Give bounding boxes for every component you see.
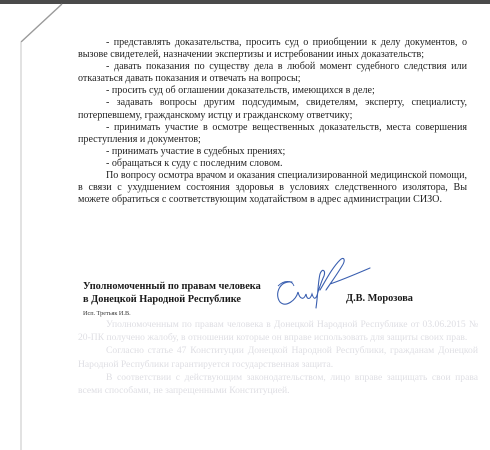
bleed-paragraph: В соответствии с действующим законодател…: [78, 371, 478, 397]
document-body: - представлять доказательства, просить с…: [78, 37, 467, 206]
bleed-paragraph: Уполномоченным по правам человека в Доне…: [78, 318, 478, 344]
executor-note: Исп. Третьяк И.В.: [83, 310, 131, 317]
scanned-document-page: Уполномоченным по правам человека в Доне…: [0, 0, 490, 450]
medical-paragraph: По вопросу осмотра врачом и оказания спе…: [78, 170, 467, 206]
reverse-side-bleed-text: Уполномоченным по правам человека в Доне…: [78, 318, 478, 397]
signatory-title-line-2: в Донецкой Народной Республике: [83, 293, 261, 306]
right-item-last-word: - обращаться к суду с последним словом.: [78, 158, 467, 170]
signatory-title: Уполномоченный по правам человека в Доне…: [83, 280, 261, 306]
bleed-paragraph: Согласно статье 47 Конституции Донецкой …: [78, 344, 478, 370]
handwritten-signature-icon: [270, 250, 380, 320]
right-item-inspection: - принимать участие в осмотре вещественн…: [78, 122, 467, 146]
signatory-title-line-1: Уполномоченный по правам человека: [83, 280, 261, 293]
page-corner-fold-icon: [0, 0, 80, 450]
right-item-disclosure: - просить суд об оглашении доказательств…: [78, 85, 467, 97]
right-item-debates: - принимать участие в судебных прениях;: [78, 146, 467, 158]
right-item-evidence: - представлять доказательства, просить с…: [78, 37, 467, 61]
right-item-questions: - задавать вопросы другим подсудимым, св…: [78, 97, 467, 121]
right-item-testimony: - давать показания по существу дела в лю…: [78, 61, 467, 85]
signatory-name: Д.В. Морозова: [346, 293, 413, 304]
